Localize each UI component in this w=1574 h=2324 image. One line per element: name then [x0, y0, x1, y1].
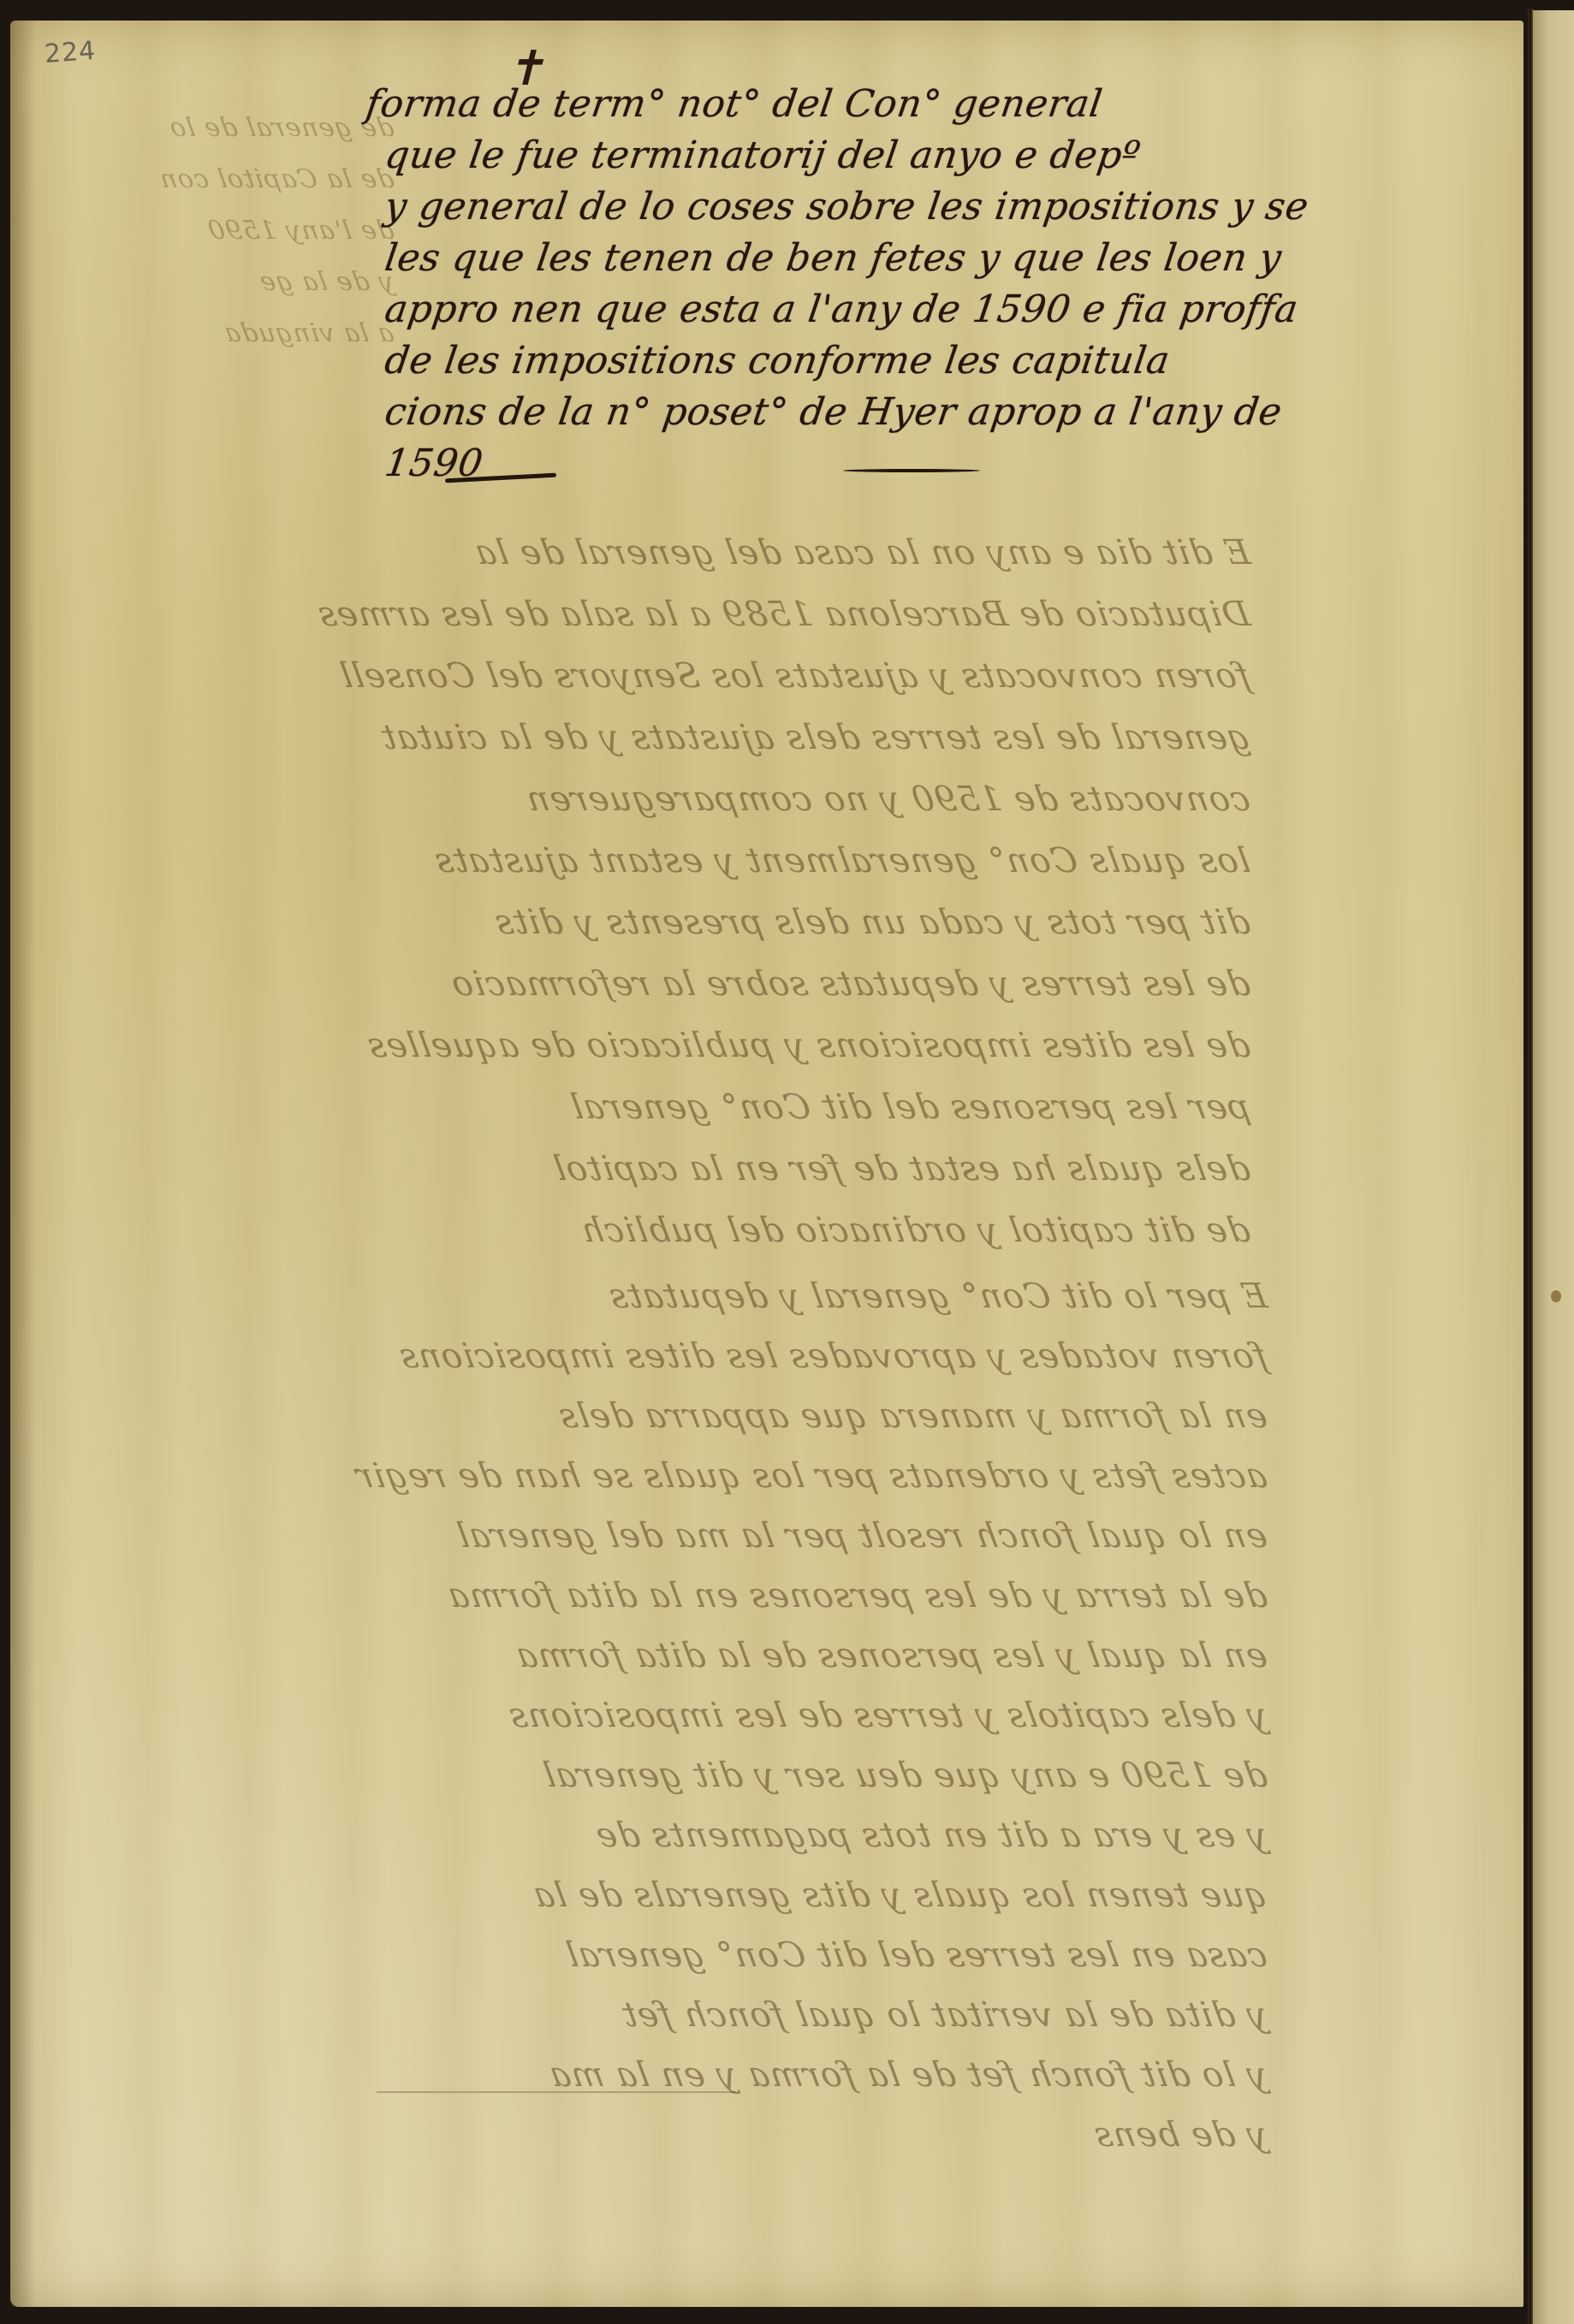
page-edge-shadow	[10, 21, 36, 2307]
bleed-line: y dita de la veritat lo qual fonch fet	[46, 1985, 1272, 2045]
heading-line: 1590	[356, 438, 1450, 489]
heading-line: forma de term° not° del Con° general	[356, 79, 1450, 130]
bleed-line: Diputacio de Barcelona 1589 a la sala de…	[46, 584, 1256, 645]
bleed-line: que tenen los quals y dits generals de l…	[46, 1865, 1272, 1925]
bleed-line: E per lo dit Con° general y deputats	[46, 1266, 1272, 1326]
folio-number: 224	[44, 36, 98, 69]
bleed-line: convocats de 1590 y no comparegueren	[46, 768, 1256, 830]
bleed-line: de 1590 e any que deu ser y dit general	[46, 1746, 1272, 1805]
bleed-line: dels quals ha estat de fer en la capitol	[46, 1138, 1256, 1200]
bleed-line: de la terra y de les persones en la dita…	[46, 1566, 1272, 1626]
bleed-through-lower: E per lo dit Con° general y deputats for…	[51, 1266, 1267, 2165]
heading-line: y general de lo coses sobre les impositi…	[356, 181, 1450, 233]
heading-flourish-rule	[843, 469, 980, 472]
bleed-through-middle: E dit dia e any on la casa del general d…	[51, 522, 1250, 1261]
bleed-line: general de les terres dels ajustats y de…	[46, 707, 1256, 768]
bleed-line: de general de lo	[30, 103, 399, 154]
heading-line: de les impositions conforme les capitula	[356, 335, 1450, 387]
bleed-line: y lo dit fonch fet de la forma y en la m…	[46, 2045, 1272, 2105]
heading-line: les que les tenen de ben fetes y que les…	[356, 233, 1450, 284]
bleed-line: actes fets y ordenats per los quals se h…	[46, 1446, 1272, 1506]
facing-page-edge	[1533, 10, 1574, 2324]
bleed-line: casa en les terres del dit Con° general	[46, 1925, 1272, 1985]
bleed-line: de les dites imposicions y publicacio de…	[46, 1015, 1256, 1076]
bleed-line: foren votades y aprovades les dites impo…	[46, 1326, 1272, 1386]
bleed-line: dit per tots y cada un dels presents y d…	[46, 892, 1256, 953]
heading-line: cions de la n° poset° de Hyer aprop a l'…	[356, 387, 1450, 438]
binding-gutter	[1528, 9, 1533, 2324]
bleed-line: en la forma y manera que apparra dels	[46, 1386, 1272, 1446]
bleed-line: de dit capitol y ordinacio del publich	[46, 1200, 1256, 1261]
bleed-line: de l'any 1590	[30, 205, 399, 257]
heading-line: que le fue terminatorij del anyo e depº	[356, 130, 1450, 181]
bleed-line: los quals Con° generalment y estant ajus…	[46, 830, 1256, 892]
bleed-line: y de la ge	[30, 257, 399, 308]
bleed-through-rule	[377, 2091, 736, 2093]
bleed-line: en la qual y les persones de la dita for…	[46, 1626, 1272, 1686]
bleed-line: y dels capitols y terres de les imposici…	[46, 1686, 1272, 1746]
bleed-line: de les terres y deputats sobre la reform…	[46, 953, 1256, 1015]
bleed-line: E dit dia e any on la casa del general d…	[46, 522, 1256, 584]
bleed-line: en lo qual fonch resolt per la ma del ge…	[46, 1506, 1272, 1566]
bleed-line: de la Capitol con	[30, 154, 399, 205]
bleed-through-top-left: de general de lo de la Capitol con de l'…	[34, 103, 394, 359]
bleed-line: y es y era a dit en tots pagaments de	[46, 1805, 1272, 1865]
heading-paragraph: forma de term° not° del Con° general que…	[359, 79, 1446, 489]
bleed-line: a la vinguda	[30, 308, 399, 359]
bleed-line: foren convocats y ajustats los Senyors d…	[46, 645, 1256, 707]
ink-spot	[1551, 1290, 1561, 1302]
bleed-line: y de bens	[46, 2105, 1272, 2165]
bleed-line: per les persones del dit Con° general	[46, 1076, 1256, 1138]
heading-line: appro nen que esta a l'any de 1590 e fia…	[356, 284, 1450, 335]
